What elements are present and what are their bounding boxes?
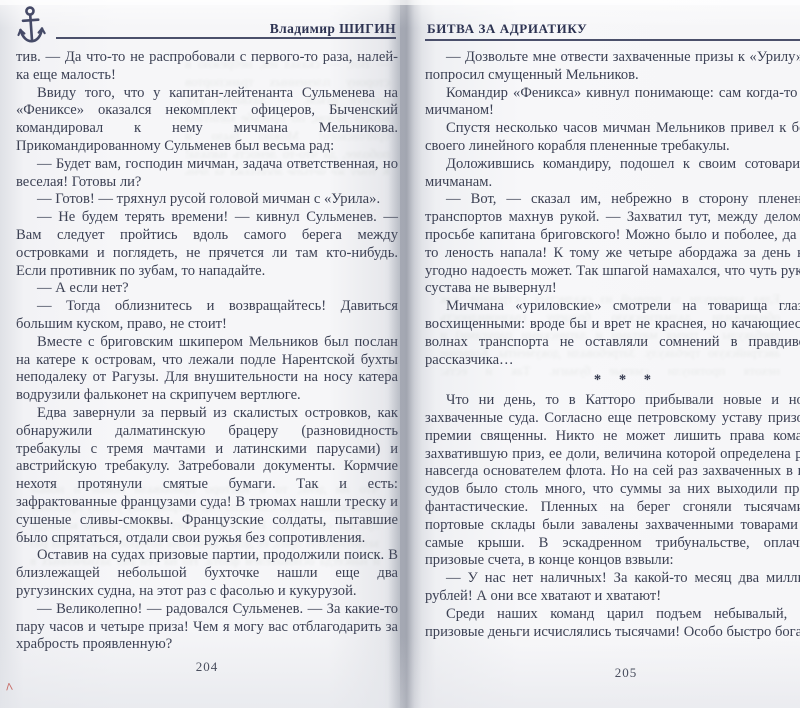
- paragraph: — Готов! — тряхнул русой головой мичман …: [16, 191, 398, 209]
- book-scan-spread: Владимир ШИГИН тив. — Да что-то не распр…: [0, 0, 800, 708]
- paragraph: Мичмана «уриловские» смотрели на товарищ…: [425, 298, 800, 369]
- paragraph: Что ни день, то в Катторо прибывали новы…: [425, 392, 800, 570]
- paragraph: Едва завернули за первый из скалистых ос…: [16, 405, 398, 547]
- running-head-title: БИТВА ЗА АДРИАТИКУ: [427, 21, 797, 37]
- header-rule-right: [425, 39, 800, 41]
- paragraph: — Тогда облизнитесь и возвращайтесь! Дав…: [16, 298, 398, 334]
- paragraph: — Дозвольте мне отвести захваченные приз…: [425, 49, 800, 85]
- page-right: — Дозвольте мне отвести захваченные приз…: [400, 0, 800, 708]
- page-number-right: 205: [425, 665, 800, 681]
- paragraph: — Вот, — сказал им, небрежно в сторону п…: [425, 191, 800, 298]
- anchor-icon: [14, 4, 49, 48]
- paragraph: Среди наших команд царил подъем небывалы…: [425, 606, 800, 642]
- paragraph: Оставив на судах призовые партии, продол…: [16, 547, 398, 600]
- paragraph: Доложившись командиру, подошел к своим с…: [425, 156, 800, 192]
- paragraph: — А если нет?: [16, 280, 398, 298]
- page-left: Владимир ШИГИН тив. — Да что-то не распр…: [0, 0, 400, 708]
- scan-artifact-mark: Λ: [5, 682, 13, 694]
- paragraph: Вместе с бриговским шкипером Мельников б…: [16, 334, 398, 405]
- section-separator: * * *: [425, 369, 800, 392]
- paragraph: тив. — Да что-то не распробовали с перво…: [16, 49, 398, 85]
- paragraph: — Не будем терять времени! — кивнул Суль…: [16, 209, 398, 280]
- header-rule-left: [56, 37, 396, 39]
- running-head-author: Владимир ШИГИН: [120, 21, 396, 37]
- paragraph: — У нас нет наличных! За какой-то месяц …: [425, 570, 800, 606]
- paragraph: Командир «Феникса» кивнул понимающе: сам…: [425, 85, 800, 121]
- paragraph: — Великолепно! — радовался Сульменев. — …: [16, 601, 398, 654]
- page-left-text: тив. — Да что-то не распробовали с перво…: [16, 49, 398, 654]
- page-right-text: — Дозвольте мне отвести захваченные приз…: [425, 49, 800, 641]
- page-number-left: 204: [16, 659, 398, 675]
- scan-edge-highlight: [0, 0, 800, 5]
- paragraph: Спустя несколько часов мичман Мельников …: [425, 120, 800, 156]
- paragraph: — Будет вам, господин мичман, задача отв…: [16, 156, 398, 192]
- paragraph: Ввиду того, что у капитан-лейтенанта Сул…: [16, 85, 398, 156]
